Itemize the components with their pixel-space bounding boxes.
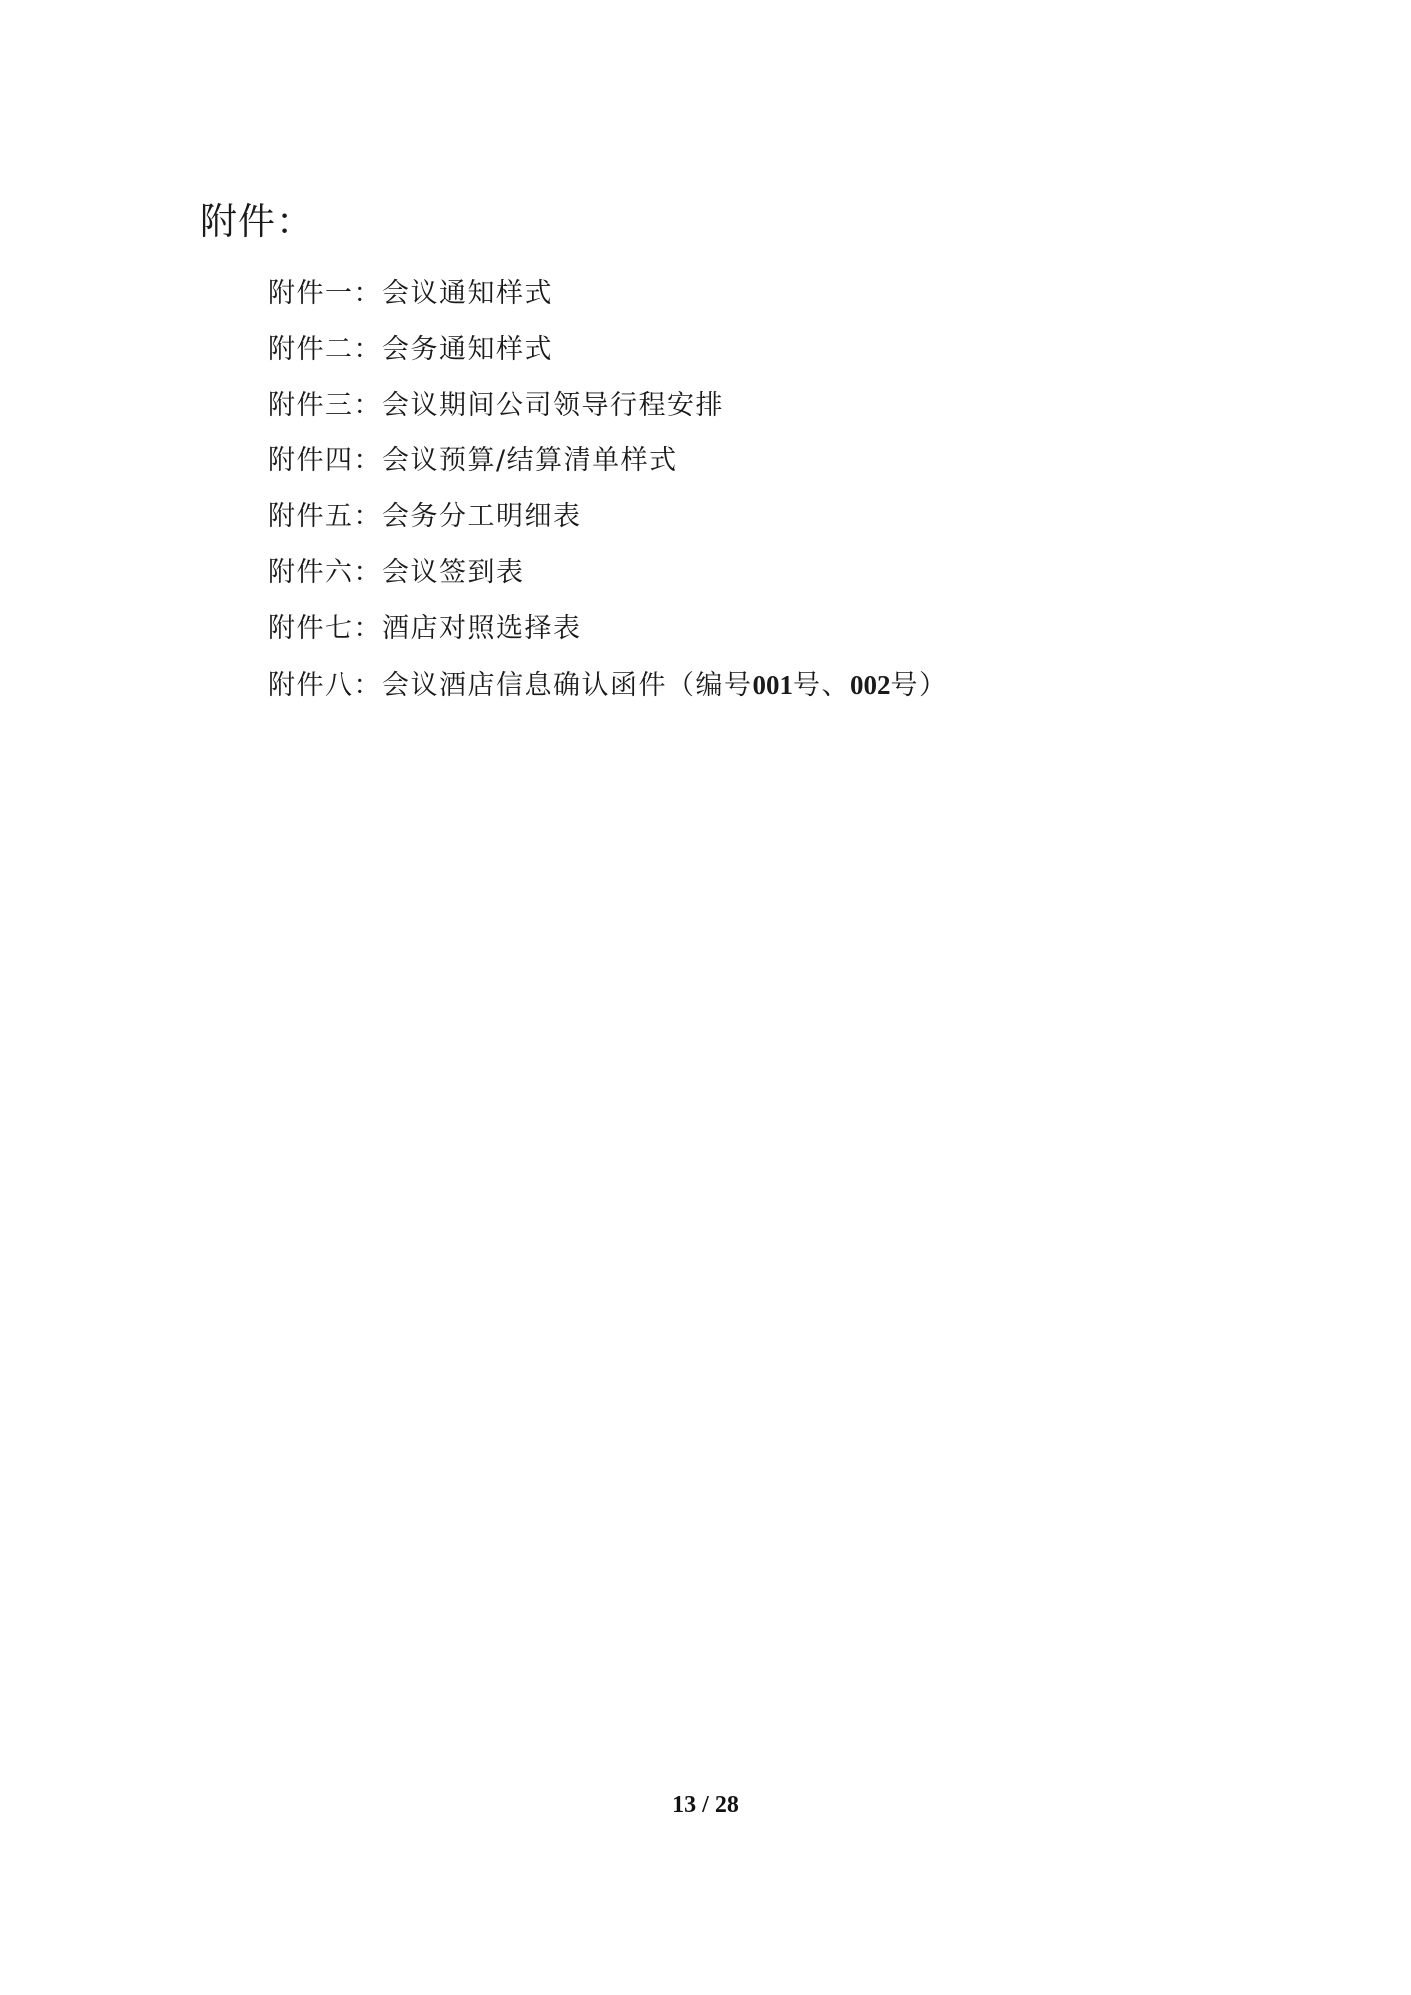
attachment-separator: ： [354,334,383,365]
attachment-item-1: 附件一：会议通知样式 [268,276,948,312]
attachment-separator: ： [354,670,383,701]
attachment-title: 会务通知样式 [382,334,553,365]
attachment-item-3: 附件三：会议期间公司领导行程安排 [268,388,948,424]
page-number: 13 / 28 [0,1790,1411,1820]
attachment-number-1: 001 [753,670,794,700]
attachment-label: 附件三 [268,390,354,421]
attachment-title: 会议签到表 [382,557,525,588]
attachment-title: 会议通知样式 [382,278,553,309]
attachment-separator: ： [354,445,383,476]
attachment-separator: ： [354,390,383,421]
attachment-item-6: 附件六：会议签到表 [268,555,948,591]
attachment-list: 附件一：会议通知样式 附件二：会务通知样式 附件三：会议期间公司领导行程安排 附… [268,276,948,722]
attachment-item-8: 附件八：会议酒店信息确认函件（编号001号、002号） [268,667,948,703]
attachment-title-mid: 号、 [793,670,850,701]
attachment-label: 附件六 [268,557,354,588]
attachment-label: 附件五 [268,501,354,532]
attachments-heading: 附件： [200,198,314,246]
attachment-item-2: 附件二：会务通知样式 [268,332,948,368]
attachment-label: 附件八 [268,670,354,701]
attachment-separator: ： [354,557,383,588]
attachment-separator: ： [354,278,383,309]
attachment-label: 附件七 [268,613,354,644]
attachment-separator: ： [354,501,383,532]
attachment-title-tail: 号） [891,670,948,701]
attachment-title: 会务分工明细表 [382,501,582,532]
attachment-title: 会议期间公司领导行程安排 [382,390,724,421]
attachment-title: 酒店对照选择表 [382,613,582,644]
attachment-item-7: 附件七：酒店对照选择表 [268,611,948,647]
attachment-label: 附件一 [268,278,354,309]
attachment-separator: ： [354,613,383,644]
attachment-item-4: 附件四：会议预算/结算清单样式 [268,443,948,479]
attachment-item-5: 附件五：会务分工明细表 [268,499,948,535]
attachment-title: 会议预算/结算清单样式 [382,445,678,476]
attachment-title: 会议酒店信息确认函件（编号 [382,670,753,701]
attachment-number-2: 002 [850,670,891,700]
attachment-label: 附件四 [268,445,354,476]
attachment-label: 附件二 [268,334,354,365]
document-page: 附件： 附件一：会议通知样式 附件二：会务通知样式 附件三：会议期间公司领导行程… [0,0,1411,1995]
